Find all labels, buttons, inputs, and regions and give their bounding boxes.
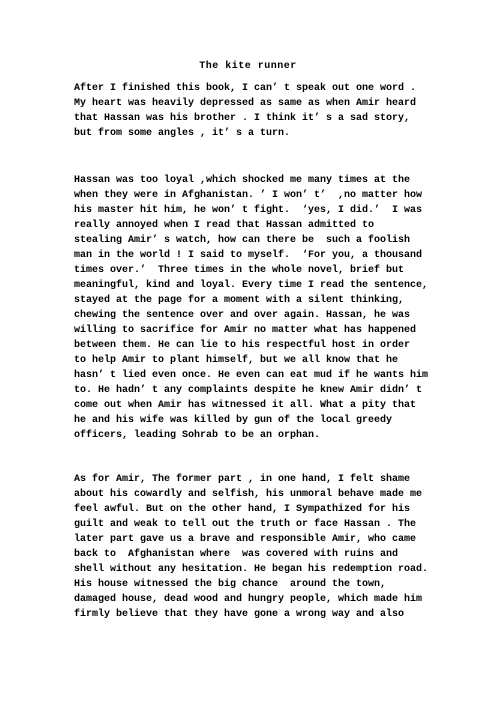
paragraph-hassan: Hassan was too loyal ,which shocked me m… [74, 173, 428, 443]
document-page: The kite runner After I finished this bo… [0, 0, 496, 702]
paragraph-amir: As for Amir, The former part , in one ha… [74, 472, 428, 622]
paragraph-intro: After I finished this book, I can’ t spe… [74, 81, 416, 141]
document-title: The kite runner [0, 59, 496, 74]
